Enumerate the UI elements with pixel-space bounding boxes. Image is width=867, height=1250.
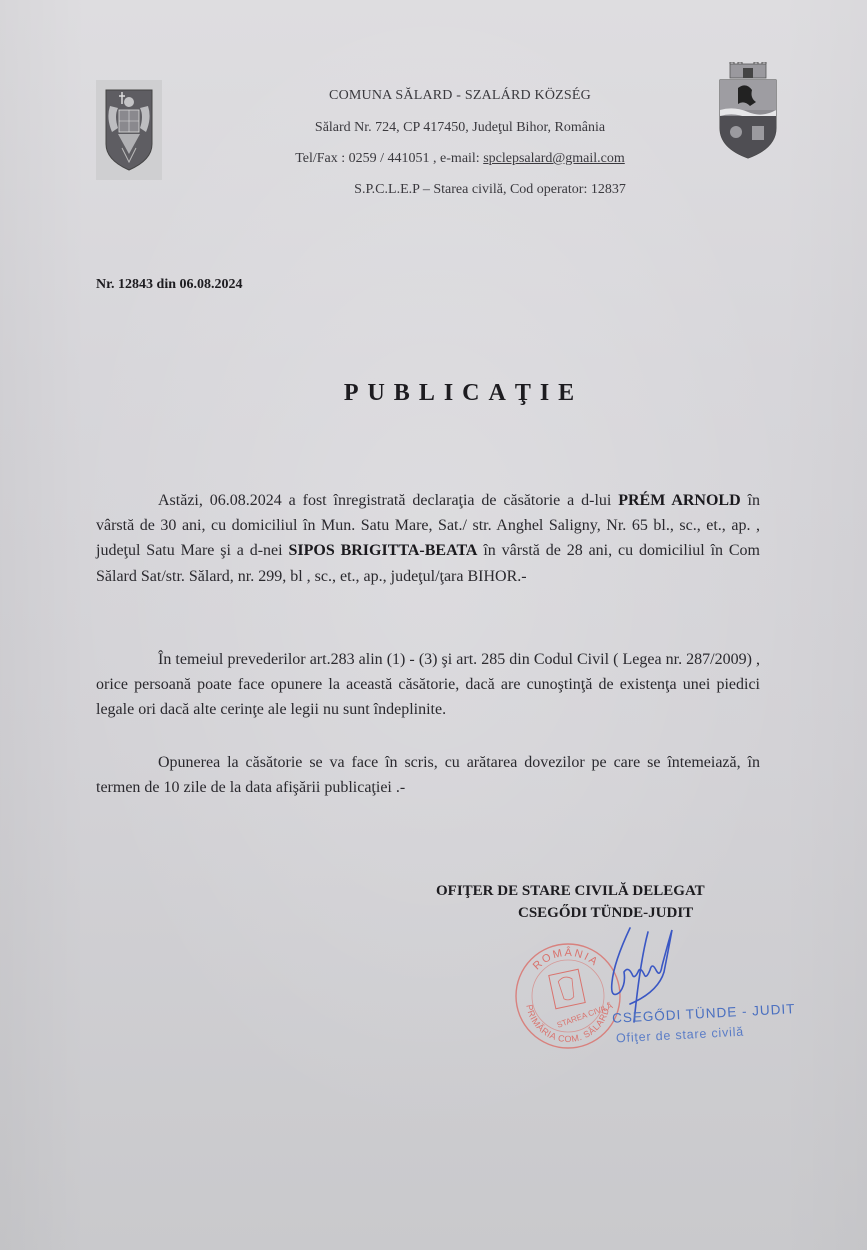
officer-name: CSEGŐDI TÜNDE-JUDIT — [518, 905, 693, 922]
header-commune-name: COMUNA SĂLARD - SZALÁRD KÖZSÉG — [230, 88, 690, 104]
opposition-paragraph: Opunerea la căsătorie se va face în scri… — [96, 750, 760, 800]
registration-number: Nr. 12843 din 06.08.2024 — [96, 277, 243, 293]
bride-name: SIPOS BRIGITTA-BEATA — [288, 542, 477, 559]
salard-coat-of-arms-icon — [716, 62, 780, 160]
officer-title: OFIŢER DE STARE CIVILĂ DELEGAT — [436, 883, 705, 900]
header-phone: Tel/Fax : 0259 / 441051 , e-mail: — [295, 151, 483, 166]
declaration-text-a: Astăzi, 06.08.2024 a fost înregistrată d… — [158, 492, 618, 509]
header-operator-code: S.P.C.L.E.P – Starea civilă, Cod operato… — [260, 182, 720, 198]
declaration-paragraph: Astăzi, 06.08.2024 a fost înregistrată d… — [96, 488, 760, 589]
header-contact: Tel/Fax : 0259 / 441051 , e-mail: spclep… — [230, 151, 690, 167]
page-title: PUBLICAŢIE — [0, 380, 867, 407]
header-address: Sălard Nr. 724, CP 417450, Judeţul Bihor… — [230, 120, 690, 136]
document-page: COMUNA SĂLARD - SZALÁRD KÖZSÉG Sălard Nr… — [0, 0, 867, 1250]
legal-basis-paragraph: În temeiul prevederilor art.283 alin (1)… — [96, 647, 760, 723]
groom-name: PRÉM ARNOLD — [618, 492, 740, 509]
romania-coat-of-arms-icon — [96, 80, 162, 180]
email-link[interactable]: spclepsalard@gmail.com — [483, 151, 625, 166]
